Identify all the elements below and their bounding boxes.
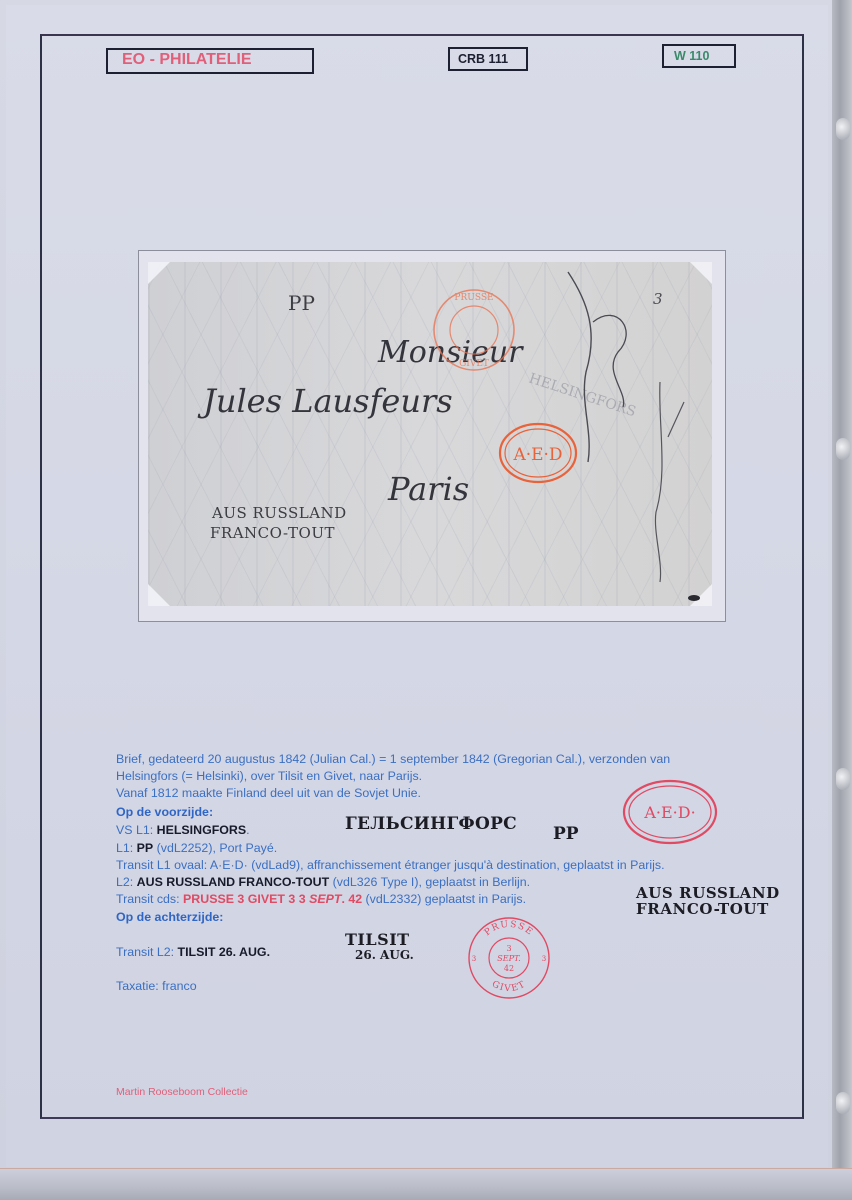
binder-ring	[836, 118, 850, 140]
front-item-transit-cds: Transit cds: PRUSSE 3 GIVET 3 3 SEPT. 42…	[116, 891, 526, 907]
sleeve-bottom-edge	[0, 1168, 852, 1200]
address-line-2: Jules Lausfeurs	[197, 382, 453, 420]
svg-text:A·E·D: A·E·D	[512, 445, 562, 465]
svg-text:SEPT.: SEPT.	[497, 954, 520, 963]
front-item-l2: L2: AUS RUSSLAND FRANCO-TOUT (vdL326 Typ…	[116, 874, 530, 890]
tilsit-illustration-2: 26. AUG.	[355, 948, 414, 962]
svg-text:3: 3	[472, 955, 476, 963]
svg-text:3: 3	[506, 944, 511, 953]
cover-markings: PP Monsieur Jules Lausfeurs Paris PRUSSE…	[148, 262, 712, 606]
cover-letter-image: PP Monsieur Jules Lausfeurs Paris PRUSSE…	[148, 262, 712, 606]
page-code: CRB 111	[458, 52, 508, 66]
helsingfors-cyrillic-stamp: ГЕЛЬСИНГФОРС	[345, 814, 517, 834]
page-title-box: EO - PHILATELIE	[106, 48, 314, 74]
front-item-transit-l1: Transit L1 ovaal: A·E·D· (vdLad9), affra…	[116, 857, 665, 873]
svg-text:GIVET: GIVET	[490, 979, 528, 994]
binder-ring	[836, 438, 850, 460]
tilsit-illustration-1: TILSIT	[345, 930, 410, 949]
svg-text:A·E·D·: A·E·D·	[643, 803, 695, 822]
aed-oval-illustration: A·E·D·	[618, 776, 722, 848]
address-line-1: Monsieur	[377, 335, 524, 370]
page-title: EO - PHILATELIE	[122, 51, 251, 68]
docket-number: 3	[653, 290, 663, 308]
page-code-box: CRB 111	[448, 47, 528, 71]
aus-russland-line-2: FRANCO-TOUT	[210, 524, 335, 542]
svg-text:42: 42	[504, 964, 514, 973]
aus-russland-illustration-2: FRANCO-TOUT	[636, 900, 769, 918]
svg-text:PRUSSE: PRUSSE	[454, 293, 493, 303]
front-item-l1: L1: PP (vdL2252), Port Payé.	[116, 840, 277, 856]
aed-oval-stamp: A·E·D	[500, 424, 576, 482]
front-heading: Op de voorzijde:	[116, 804, 213, 820]
description-intro-1: Brief, gedateerd 20 augustus 1842 (Julia…	[116, 751, 670, 767]
prusse-givet-cds-illustration: PRUSSE GIVET 3 SEPT. 42 3 3	[462, 912, 556, 1000]
binder-ring	[836, 1092, 850, 1114]
binder-ring	[836, 768, 850, 790]
svg-text:GIVET: GIVET	[459, 359, 489, 369]
sheet-code: W 110	[674, 49, 709, 63]
description-intro-2: Helsingfors (= Helsinki), over Tilsit en…	[116, 768, 422, 784]
binder-spine	[832, 0, 852, 1200]
front-item-vs: VS L1: HELSINGFORS.	[116, 822, 250, 838]
back-item-taxatie: Taxatie: franco	[116, 978, 197, 994]
back-item-transit-l2: Transit L2: TILSIT 26. AUG.	[116, 944, 270, 960]
pp-handstamp: PP	[288, 291, 315, 315]
svg-text:HELSINGFORS: HELSINGFORS	[527, 371, 638, 421]
address-line-3: Paris	[387, 470, 469, 508]
svg-text:3: 3	[542, 955, 546, 963]
aus-russland-line-1: AUS RUSSLAND	[211, 504, 347, 522]
back-heading: Op de achterzijde:	[116, 909, 223, 925]
sheet-code-box: W 110	[662, 44, 736, 68]
collection-credit: Martin Rooseboom Collectie	[116, 1086, 248, 1098]
pp-stamp-illustration: PP	[553, 824, 579, 844]
description-intro-3: Vanaf 1812 maakte Finland deel uit van d…	[116, 785, 421, 801]
